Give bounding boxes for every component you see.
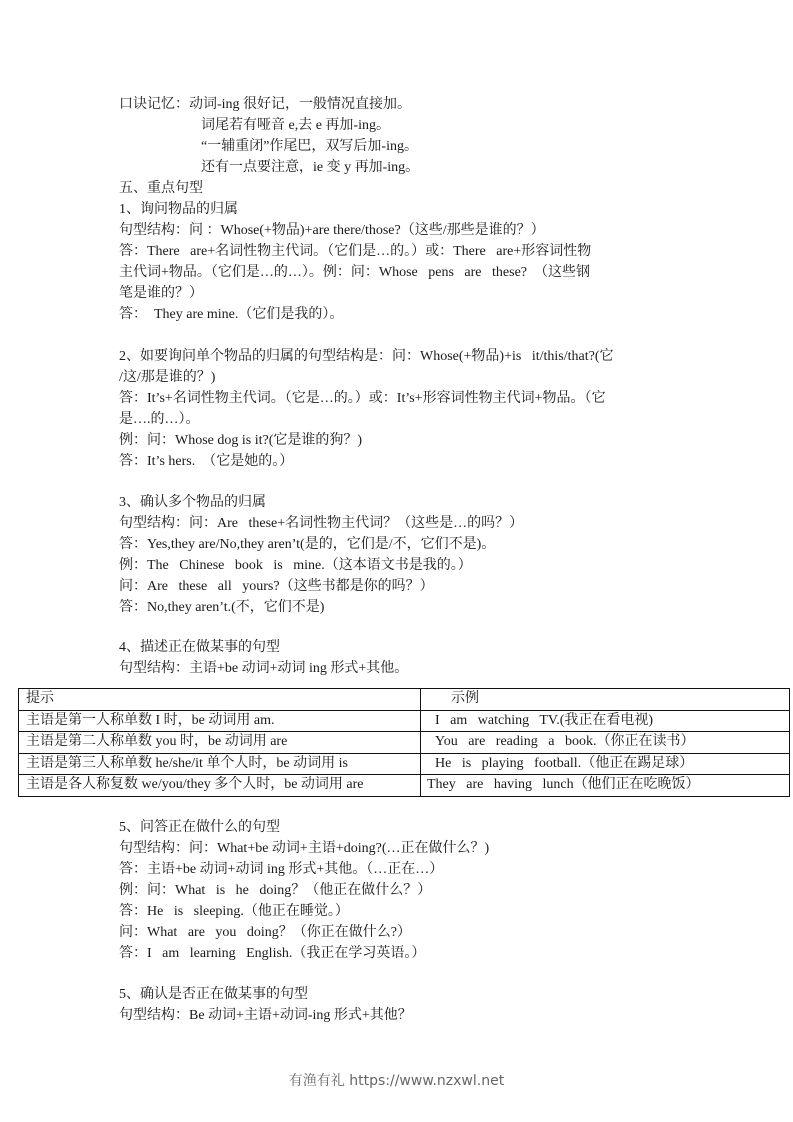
s3-example: 例：The Chinese book is mine.（这本语文书是我的。） [119,556,472,576]
table-header-row: 提示 示例 [19,689,790,711]
s6-title: 5、确认是否正在做某事的句型 [119,985,308,1005]
s1-structure: 句型结构：问 ：Whose(+物品)+are there/those?（这些/那… [119,221,545,241]
s5-answer: 答：主语+be 动词+动词 ing 形式+其他。（…正在…） [119,860,443,880]
s3-title: 3、确认多个物品的归属 [119,493,266,513]
s2-answer-1: 答：It’s+名词性物主代词。（它是…的。）或：It’s+形容词性物主代词+物品… [119,389,605,409]
s5-title: 5、问答正在做什么的句型 [119,818,280,838]
s2-answer-2: 是….的…）。 [119,410,200,430]
mnemonic-line-3: “一辅重闭”作尾巴，双写后加-ing。 [201,137,418,157]
s1-answer-para-2: 主代词+物品。（它们是…的…）。例：问：Whose pens are these… [119,263,590,283]
s5-reply2: 答：I am learning English.（我正在学习英语。） [119,944,425,964]
table-cell-hint: 主语是第一人称单数 I 时，be 动词用 am. [19,710,421,732]
table-cell-example: I am watching TV.(我正在看电视) [421,710,790,732]
mnemonic-line-2: 词尾若有哑音 e,去 e 再加-ing。 [201,116,390,136]
be-verb-table: 提示 示例 主语是第一人称单数 I 时，be 动词用 am. I am watc… [18,688,790,797]
s1-answer-para-1: 答：There are+名词性物主代词。（它们是…的。）或：There are+… [119,242,591,262]
mnemonic-text: 动词-ing 很好记，一般情况直接加。 [189,97,411,112]
s5-structure: 句型结构：问：What+be 动词+主语+doing?(…正在做什么？) [119,839,489,859]
table-header-hint: 提示 [19,689,421,711]
mnemonic-line-4: 还有一点要注意，ie 变 y 再加-ing。 [201,158,419,178]
s3-reply: 答：No,they aren’t.(不，它们不是) [119,598,324,618]
table-cell-hint: 主语是第二人称单数 you 时，be 动词用 are [19,732,421,754]
table-cell-hint: 主语是第三人称单数 he/she/it 单个人时，be 动词用 is [19,753,421,775]
s2-title-1: 2、如要询问单个物品的归属的句型结构是：问：Whose(+物品)+is it/t… [119,347,613,367]
table-cell-example: They are having lunch（他们正在吃晚饭） [421,775,790,797]
s2-example: 例：问：Whose dog is it?(它是谁的狗？) [119,431,362,451]
s5-reply: 答：He is sleeping.（他正在睡觉。） [119,902,349,922]
s4-title: 4、描述正在做某事的句型 [119,638,280,658]
table-cell-example: You are reading a book.（你正在读书） [421,732,790,754]
s5-question2: 问：What are you doing？（你正在做什么?） [119,923,411,943]
s6-structure: 句型结构：Be 动词+主语+动词-ing 形式+其他？ [119,1006,412,1026]
table-row: 主语是第一人称单数 I 时，be 动词用 am. I am watching T… [19,710,790,732]
s1-answer: 答： They are mine.（它们是我的）。 [119,305,343,325]
s5-example: 例：问：What is he doing？（他正在做什么？） [119,881,431,901]
table-row: 主语是第二人称单数 you 时，be 动词用 are You are readi… [19,732,790,754]
s1-title: 1、询问物品的归属 [119,200,238,220]
table-header-example: 示例 [421,689,790,711]
mnemonic-label: 口诀记忆： [119,97,189,112]
s3-question: 问：Are these all yours?（这些书都是你的吗？） [119,577,434,597]
table-row: 主语是第三人称单数 he/she/it 单个人时，be 动词用 is He is… [19,753,790,775]
s1-answer-para-3: 笔是谁的？） [119,284,203,304]
table-cell-hint: 主语是各人称复数 we/you/they 多个人时，be 动词用 are [19,775,421,797]
s2-reply: 答：It’s hers. （它是她的。） [119,452,293,472]
s4-structure: 句型结构：主语+be 动词+动词 ing 形式+其他。 [119,659,408,679]
s2-title-2: /这/那是谁的？) [119,368,215,388]
s3-structure: 句型结构：问：Are these+名词性物主代词？（这些是…的吗？） [119,514,523,534]
s3-answer: 答：Yes,they are/No,they aren’t(是的，它们是/不，它… [119,535,495,555]
table-cell-example: He is playing football.（他正在踢足球） [421,753,790,775]
footer-watermark: 有渔有礼 https://www.nzxwl.net [0,1071,793,1091]
table-row: 主语是各人称复数 we/you/they 多个人时，be 动词用 are The… [19,775,790,797]
mnemonic-line-1: 口诀记忆：动词-ing 很好记，一般情况直接加。 [119,95,411,115]
section-title: 五、重点句型 [119,179,203,199]
